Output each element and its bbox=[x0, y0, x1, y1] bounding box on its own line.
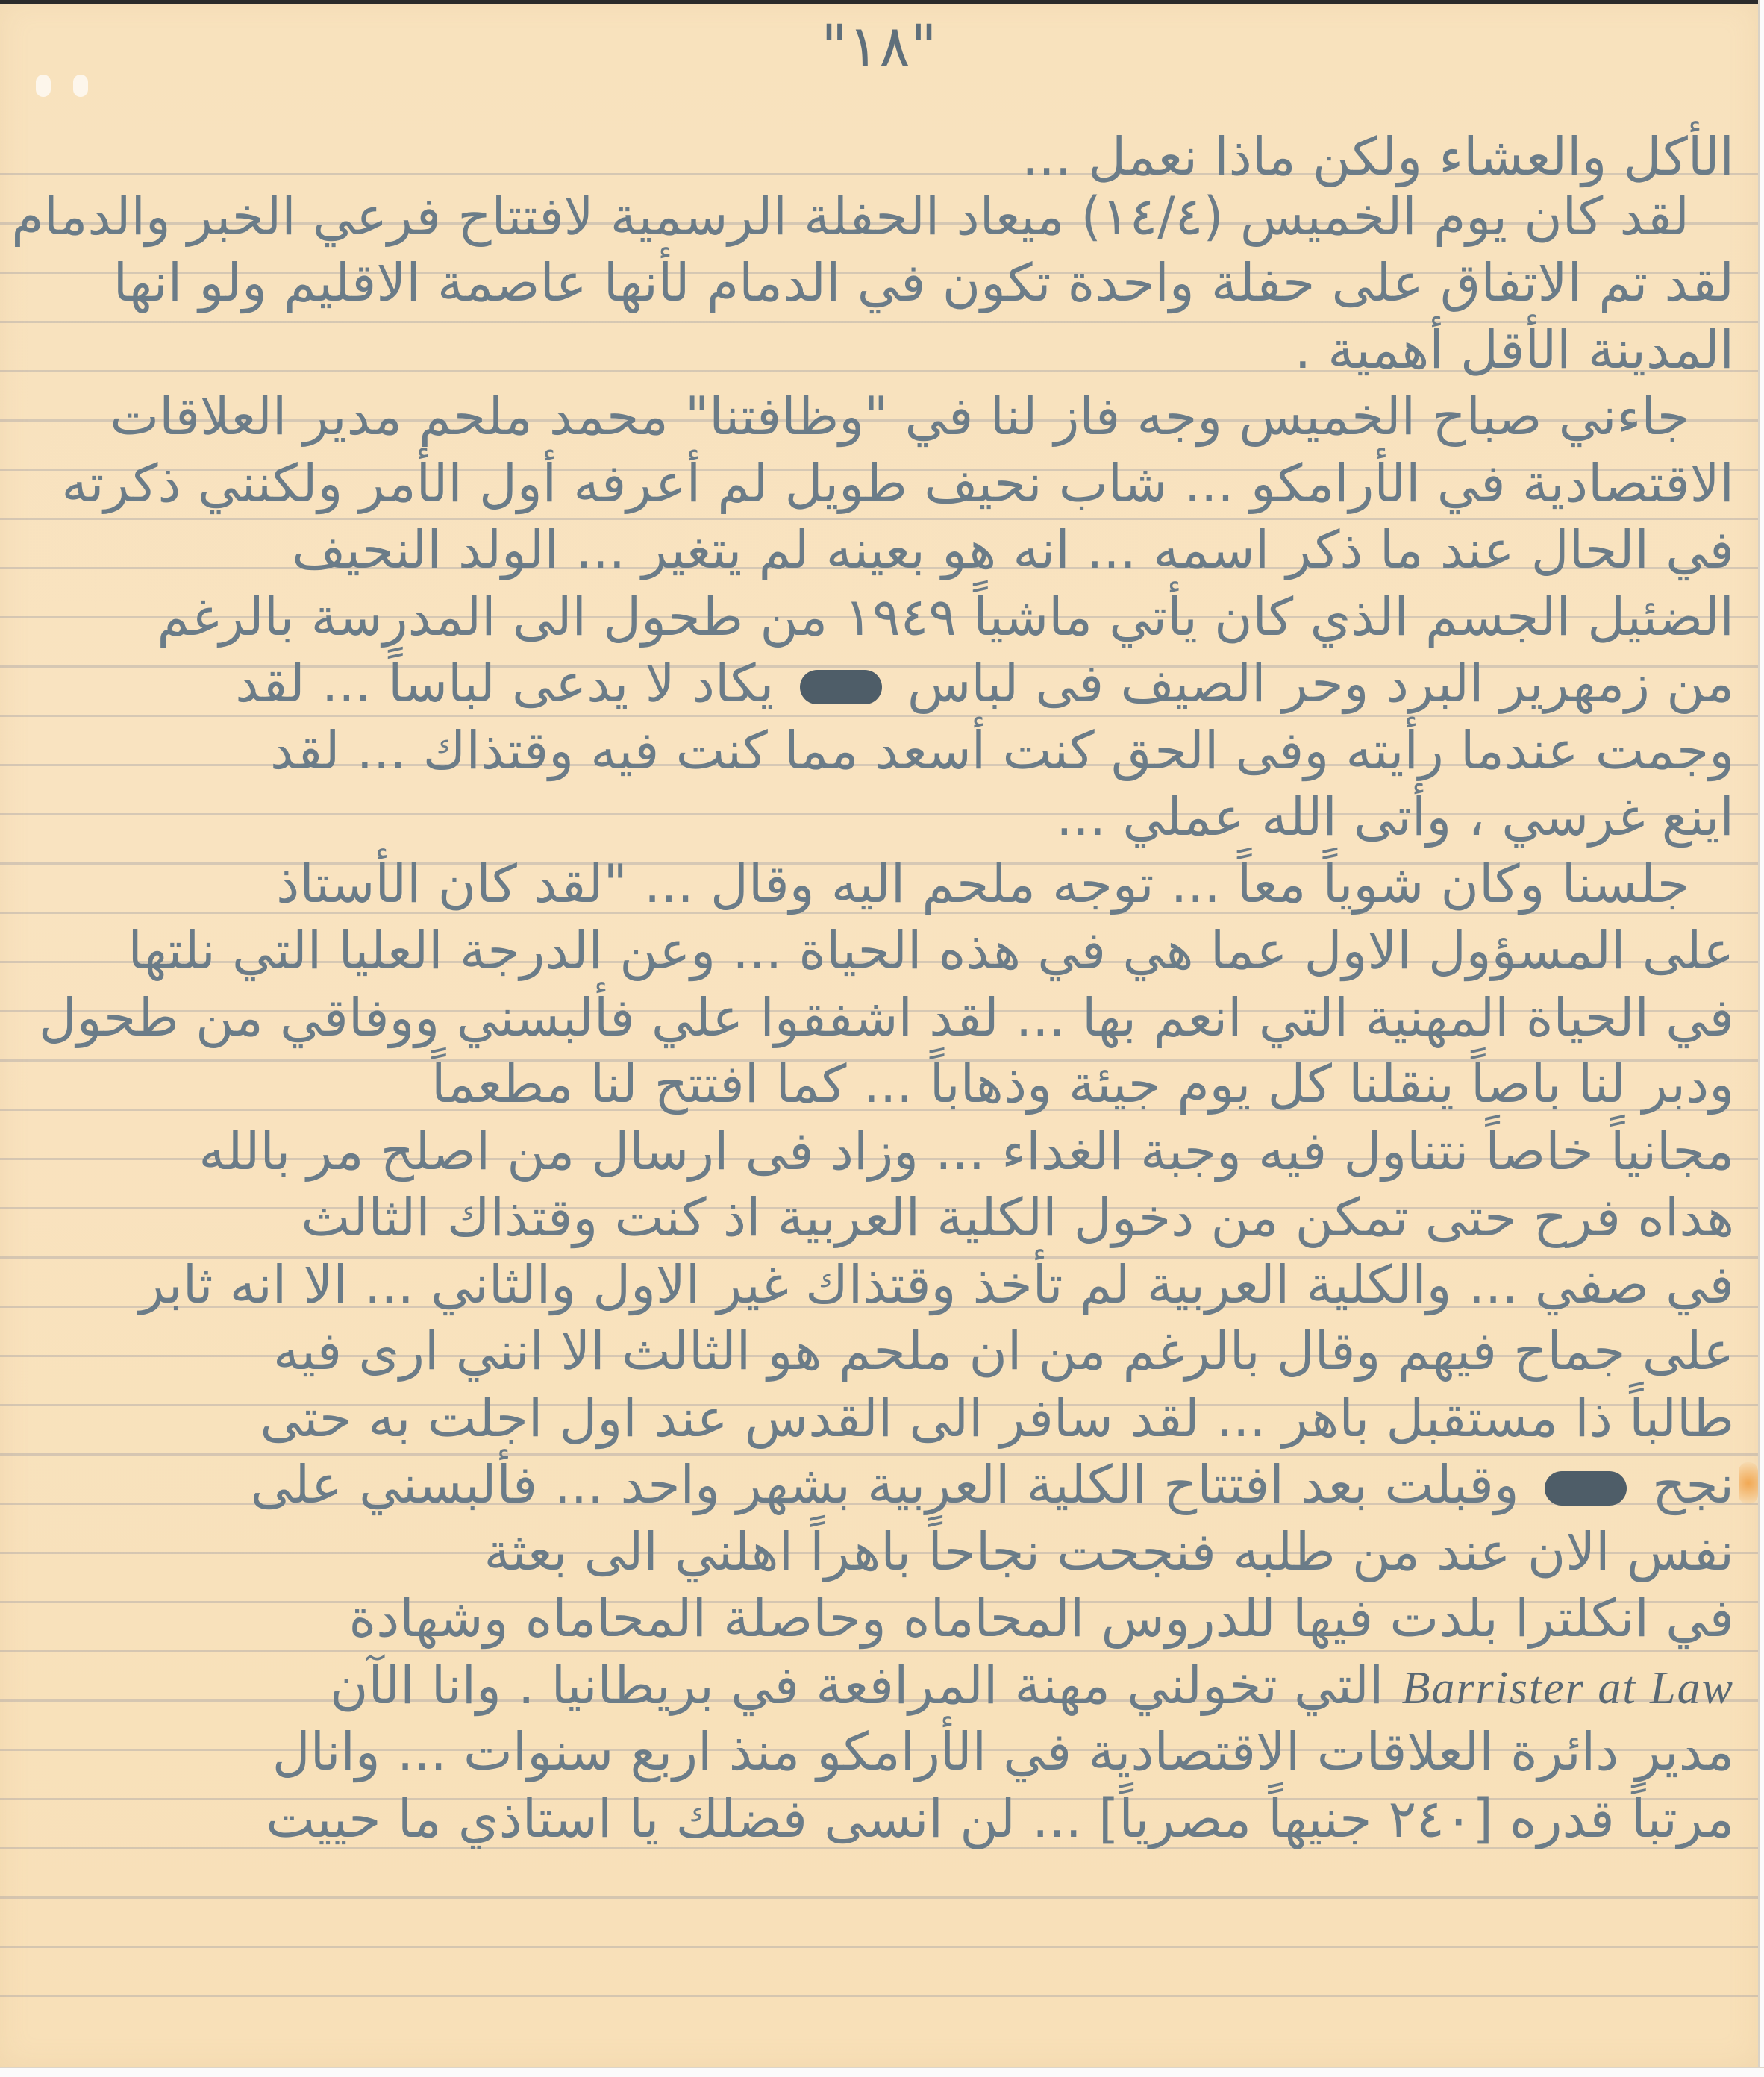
handwritten-line: نجح وقبلت بعد افتتاح الكلية العربية بشهر… bbox=[15, 1447, 1734, 1522]
rule-line bbox=[0, 1946, 1758, 1948]
handwritten-line: في انكلترا بلدت فيها للدروس المحاماه وحا… bbox=[15, 1581, 1734, 1655]
paper-stain bbox=[1739, 1462, 1758, 1504]
scan-edge-top bbox=[0, 0, 1764, 4]
handwritten-line: وجمت عندما رأيته وفى الحق كنت أسعد مما ك… bbox=[15, 713, 1734, 788]
handwritten-line: Barrister at Law التي تخولني مهنة المراف… bbox=[15, 1648, 1734, 1723]
handwritten-line: الضئيل الجسم الذي كان يأتي ماشياً ١٩٤٩ م… bbox=[15, 580, 1734, 654]
handwritten-line: على جماح فيهم وقال بالرغم من ان ملحم هو … bbox=[15, 1314, 1734, 1388]
rule-line bbox=[0, 1995, 1758, 1997]
handwritten-line: ودبر لنا باصاً ينقلنا كل يوم جيئة وذهابا… bbox=[15, 1047, 1734, 1121]
scan-edge-bottom bbox=[0, 2067, 1764, 2077]
handwritten-line: لقد كان يوم الخميس (١٤/٤) ميعاد الحفلة ا… bbox=[15, 179, 1689, 254]
page-number: "١٨" bbox=[0, 13, 1758, 81]
handwritten-line: الاقتصادية في الأرامكو ... شاب نحيف طويل… bbox=[15, 446, 1734, 521]
handwritten-line: نفس الان عند من طلبه فنجحت نجاحاً باهراً… bbox=[15, 1514, 1734, 1589]
handwritten-line: مجانياً خاصاً نتناول فيه وجبة الغداء ...… bbox=[15, 1114, 1734, 1188]
handwritten-line: هداه فرح حتى تمكن من دخول الكلية العربية… bbox=[15, 1180, 1734, 1255]
handwritten-line: مرتباً قدره [٢٤٠ جنيهاً مصرياً] ... لن ا… bbox=[15, 1782, 1734, 1856]
handwritten-line: من زمهرير البرد وحر الصيف فى لباس يكاد ل… bbox=[15, 646, 1734, 721]
handwritten-line: جاءني صباح الخميس وجه فاز لنا في "وظافتن… bbox=[15, 379, 1689, 454]
handwritten-line: اينع غرسي ، وأتى الله عملي ... bbox=[298, 780, 1734, 854]
handwritten-line: جلسنا وكان شوياً معاً ... توجه ملحم اليه… bbox=[15, 847, 1689, 921]
ink-blot-scribble bbox=[1545, 1471, 1627, 1506]
ink-blot-scribble bbox=[800, 670, 882, 704]
handwritten-line: في الحال عند ما ذكر اسمه ... انه هو بعين… bbox=[15, 513, 1734, 587]
handwritten-line: في صفي ... والكلية العربية لم تأخذ وقتذا… bbox=[15, 1247, 1734, 1322]
handwritten-line: طالباً ذا مستقبل باهر ... لقد سافر الى ا… bbox=[15, 1381, 1734, 1456]
handwritten-line: مدير دائرة العلاقات الاقتصادية في الأرام… bbox=[15, 1714, 1734, 1789]
handwritten-line: في الحياة المهنية التي انعم بها ... لقد … bbox=[15, 980, 1734, 1055]
handwritten-line: على المسؤول الاول عما هي في هذه الحياة .… bbox=[15, 913, 1734, 988]
handwritten-line: لقد تم الاتفاق على حفلة واحدة تكون في ال… bbox=[15, 245, 1734, 320]
english-insert: Barrister at Law bbox=[1402, 1663, 1734, 1714]
rule-line bbox=[0, 1896, 1758, 1899]
scan-edge-right bbox=[1758, 0, 1764, 2077]
handwritten-line: المدينة الأقل أهمية . bbox=[298, 313, 1734, 387]
